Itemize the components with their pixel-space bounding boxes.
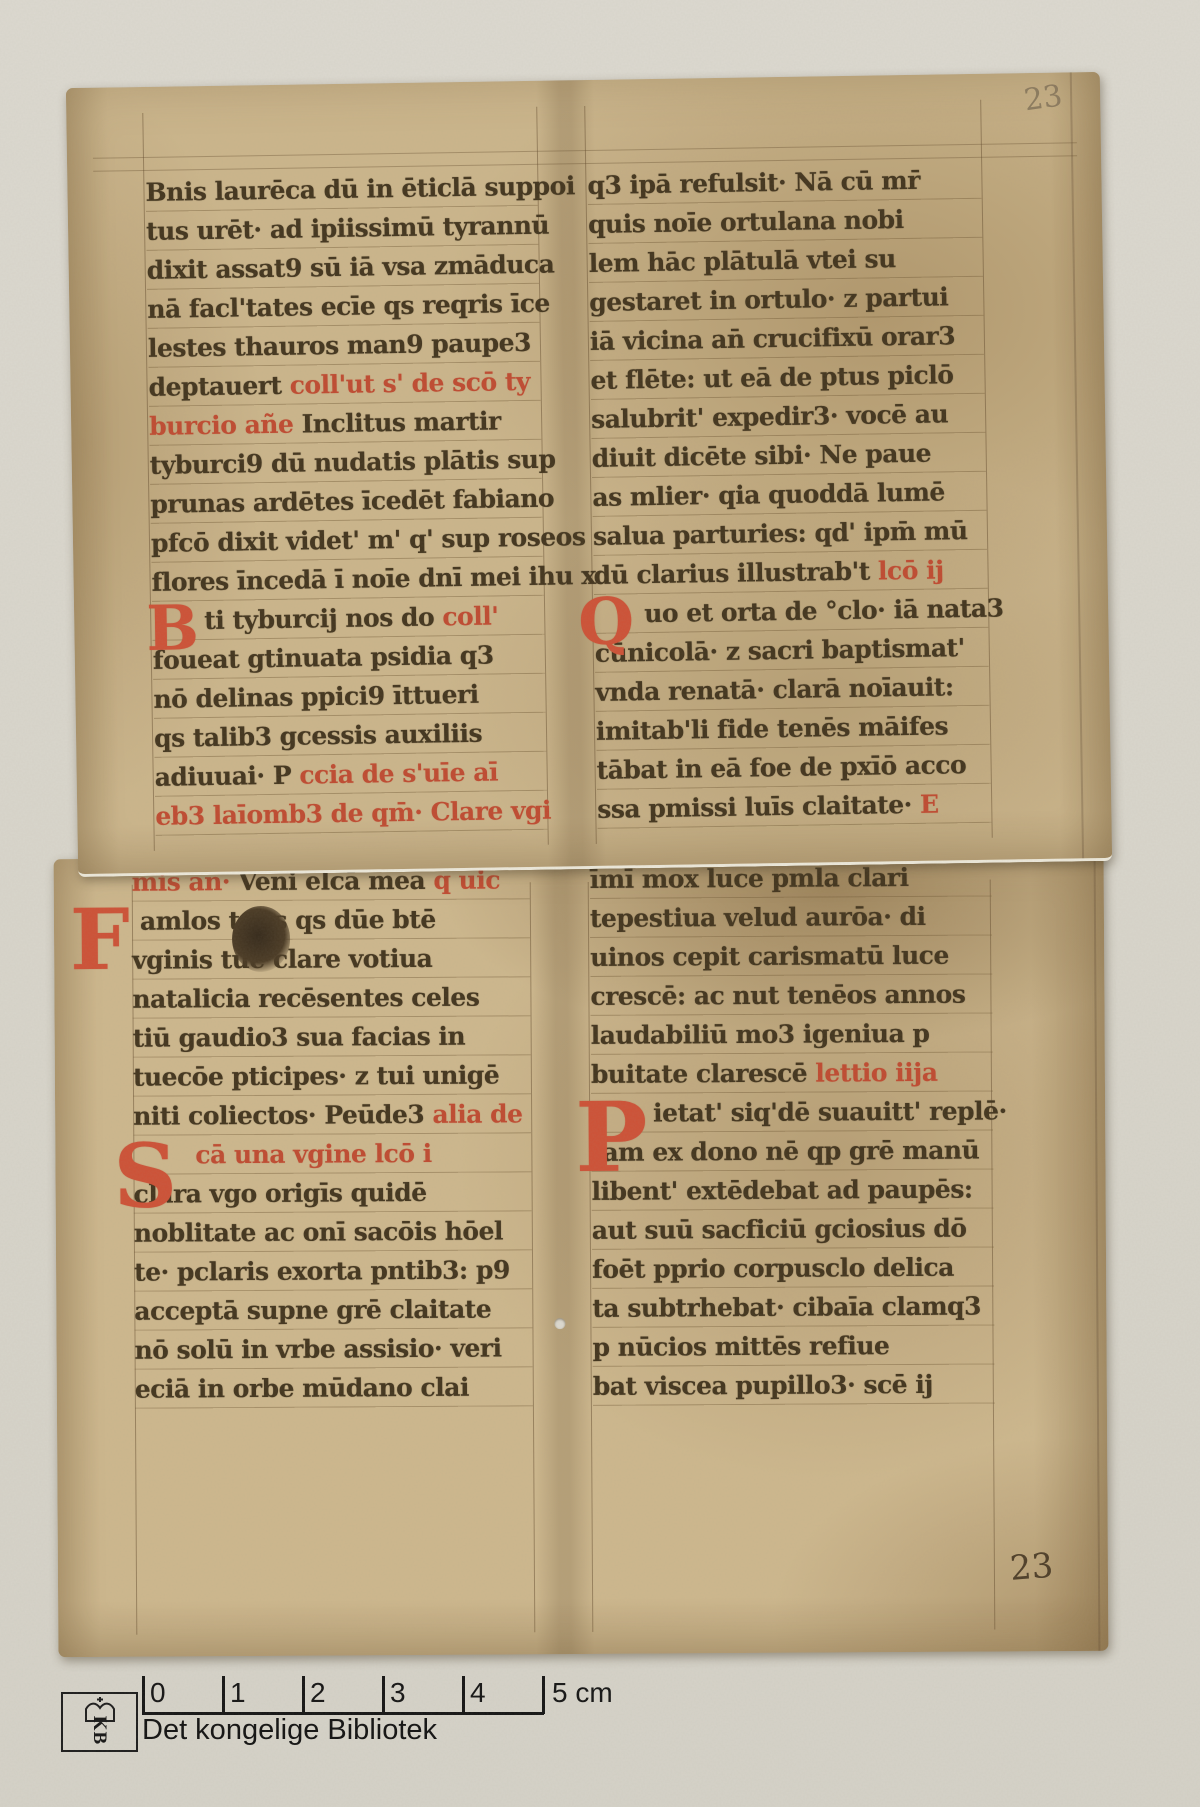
ink-text: te· pclaris exorta pntib3: p9 [134,1255,510,1286]
manuscript-line-text: dū clarius illustrab't lcō ij [593,550,944,594]
ink-text: q3 ipā refulsit· Nā cū mr̄ [587,166,920,200]
ink-text: flores īncedā ī noīe dnī mei ihu x [151,561,595,597]
ink-text: bat viscea pupillo3· scē ij [593,1370,933,1401]
manuscript-line: natalicia recēsentes celes [132,977,530,1018]
ruler-tick [142,1676,145,1714]
rubric-text: lettio iija [815,1058,937,1088]
ink-text: foueat gtinuata psidia q3 [153,641,494,675]
manuscript-line: clara vgo origīs quidē [134,1172,532,1213]
manuscript-line: nō delinas ppici9 īttueri [153,674,546,719]
ink-text: dixit assat9 sū iā vsa zmāduca [147,250,555,285]
manuscript-line: deptauert coll'ut s' de scō ty [148,362,541,407]
manuscript-line: Bti tyburcij nos do coll' [152,596,545,641]
ink-text: nō solū in vrbe assisio· veri [134,1333,501,1364]
manuscript-line: tuecōe pticipes· z tui unigē [133,1055,531,1096]
ink-text: aut suū sacficiū gciosius dō [592,1214,967,1245]
manuscript-line: Scā una vgine lcō i [133,1133,531,1174]
ink-text: as mlier· qia quoddā lumē [592,477,945,512]
ink-text: deptauert [148,371,290,402]
manuscript-line-text: vnda renatā· clarā noīauit: [595,667,954,712]
manuscript-line-text: tepestiua velud aurōa· di [590,897,926,938]
manuscript-line-text: deptauert coll'ut s' de scō ty [148,362,530,407]
ink-text: tuecōe pticipes· z tui unigē [133,1060,499,1091]
manuscript-line-text: eciā in orbe mūdano clai [135,1368,469,1409]
manuscript-line: burcio añe Inclitus martir [149,401,542,446]
ruler-tick [462,1676,465,1714]
manuscript-line-text: as mlier· qia quoddā lumē [592,472,945,517]
manuscript-line: ta subtrhebat· cibaīa clamq3 [592,1286,994,1327]
manuscript-line: gestaret in ortulo· z partui [589,277,984,322]
manuscript-line: foēt pprio corpusclo delica [592,1247,994,1288]
ruler-tick [222,1676,225,1714]
folio-number-top: 23 [1022,78,1065,118]
manuscript-line-text: ti tyburcij nos do coll' [152,596,499,640]
manuscript-line: dixit assat9 sū iā vsa zmāduca [146,245,539,290]
manuscript-leaf-upper: Bnis laurēca dū in ēticlā suppoitus urēt… [66,72,1112,877]
ink-text: tepestiua velud aurōa· di [590,902,926,933]
manuscript-line-text: tam ex dono nē qp grē manū [591,1131,979,1172]
rubric-initial: F [70,898,130,982]
manuscript-line: as mlier· qia quoddā lumē [592,472,987,517]
manuscript-line-text: et flēte: ut eā de ptus piclō [590,355,953,400]
manuscript-line-text: gestaret in ortulo· z partui [589,277,949,322]
manuscript-line-text: prunas ardētes īcedēt fabiano [150,479,554,524]
manuscript-line: Quo et orta de °clo· iā nata3 [594,589,989,634]
ink-text: adiuuai· P [154,761,299,792]
ruler-tick [542,1676,545,1714]
manuscript-line-text: uo et orta de °clo· iā nata3 [594,589,1004,634]
manuscript-line: acceptā supne grē claitate [134,1289,532,1330]
text-column-lower-right: īmī mox luce pmla claritepestiua velud a… [590,857,995,1405]
ink-text: salubrit' expedir3· vocē au [591,399,948,434]
ruler-tick-label: 2 [310,1677,326,1709]
manuscript-line: salua parturies: qd' ipm̄ mū [593,511,988,556]
ink-text: ssa pmissi luīs claitate· [597,790,920,824]
manuscript-line: nā facl'tates ecīe qs reqris īce [147,284,540,329]
manuscript-line: tābat in eā foe de pxīō acco [596,745,991,790]
manuscript-line-text: dixit assat9 sū iā vsa zmāduca [146,245,554,290]
manuscript-line-text: crescē: ac nut tenēos annos [590,975,965,1016]
ink-text: qs talib3 gcessis auxiliis [154,719,482,753]
manuscript-line-text: ssa pmissi luīs claitate· E [597,785,939,829]
ink-text: ta subtrhebat· cibaīa clamq3 [592,1292,981,1323]
manuscript-line: Famlos tuos qs dūe btē [132,899,530,940]
ink-text: cūnicolā· z sacri baptismat' [595,633,965,668]
manuscript-line: et flēte: ut eā de ptus piclō [590,355,985,400]
library-logo: KB [61,1692,138,1752]
manuscript-line-text: tus urēt· ad ipiissimū tyrannū [146,206,550,251]
ink-text: nō delinas ppici9 īttueri [153,680,479,714]
manuscript-line: tiū gaudio3 sua facias in [133,1016,531,1057]
manuscript-line: qs talib3 gcessis auxiliis [154,713,547,758]
ink-blot [232,906,290,972]
manuscript-line-text: acceptā supne grē claitate [134,1290,491,1331]
parchment-hole [554,1318,565,1329]
manuscript-line-text: cūnicolā· z sacri baptismat' [595,628,966,673]
manuscript-line-text: tyburci9 dū nudatis plātis sup [149,440,555,485]
manuscript-line: foueat gtinuata psidia q3 [153,635,546,680]
rubric-initial: S [113,1131,177,1219]
manuscript-line-text: natalicia recēsentes celes [132,978,479,1019]
manuscript-line-text: te· pclaris exorta pntib3: p9 [134,1250,510,1291]
manuscript-line: libent' extēdebat ad paupēs: [591,1169,993,1210]
manuscript-line-text: imitab'li fide tenēs māifes [596,706,949,751]
manuscript-line-text: tiū gaudio3 sua facias in [133,1017,466,1058]
ink-text: libent' extēdebat ad paupēs: [592,1175,973,1206]
manuscript-line-text: clara vgo origīs quidē [134,1173,427,1214]
manuscript-line: crescē: ac nut tenēos annos [590,974,992,1015]
rubric-text: E [920,790,939,819]
ink-text: niti coliectos· Peūde3 [133,1100,433,1131]
manuscript-line-text: tābat in eā foe de pxīō acco [596,745,966,790]
manuscript-leaf-lower: mis an· Veni elcā mea q uicFamlos tuos q… [54,853,1109,1657]
ink-text: uinos cepit carismatū luce [590,941,949,972]
manuscript-line-text: Bnis laurēca dū in ēticlā suppoi [145,166,575,212]
manuscript-line: flores īncedā ī noīe dnī mei ihu x [151,557,544,602]
ruler-tick-label: 1 [230,1677,246,1709]
rubric-text: ccia de s'uīe aī [299,757,498,789]
manuscript-line-text: lestes thauros man9 paupe3 [148,323,532,368]
manuscript-line-text: adiuuai· P ccia de s'uīe aī [154,752,498,796]
rubric-text: burcio añe [149,410,302,441]
fold-crease [1094,853,1101,1651]
ink-text: tus urēt· ad ipiissimū tyrannū [146,211,549,246]
ruler-tick-label: 0 [150,1677,166,1709]
manuscript-line-text: qs talib3 gcessis auxiliis [154,714,483,758]
ink-text: dū clarius illustrab't [593,556,878,589]
manuscript-line: vnda renatā· clarā noīauit: [595,667,990,712]
manuscript-line: te· pclaris exorta pntib3: p9 [134,1250,532,1291]
text-column-upper-left: Bnis laurēca dū in ēticlā suppoitus urēt… [145,167,547,836]
manuscript-line: eciā in orbe mūdano clai [135,1367,533,1408]
manuscript-line: iā vicina an̄ crucifixū orar3 [590,316,985,361]
manuscript-line: imitab'li fide tenēs māifes [596,706,991,751]
manuscript-line-text: ta subtrhebat· cibaīa clamq3 [592,1287,981,1328]
manuscript-line: tepestiua velud aurōa· di [590,896,992,937]
ink-text: noblitate ac onī sacōis hōel [134,1216,503,1247]
manuscript-line: bat viscea pupillo3· scē ij [593,1364,995,1405]
manuscript-line: Bnis laurēca dū in ēticlā suppoi [145,167,538,212]
manuscript-line: diuit dicēte sibi· Ne paue [591,433,986,478]
manuscript-line: aut suū sacficiū gciosius dō [592,1208,994,1249]
manuscript-line: lem hāc plātulā vtei su [588,238,983,283]
fold-crease [1070,72,1084,858]
manuscript-line: eb3 laīomb3 de qm̄· Clare vgi [155,791,548,836]
manuscript-line: quis noīe ortulana nobi [588,199,983,244]
manuscript-line-text: uinos cepit carismatū luce [590,936,949,977]
manuscript-line-text: nō delinas ppici9 īttueri [153,675,479,719]
rubric-text: alia de [432,1099,522,1129]
ink-text: Inclitus martir [301,406,501,438]
ink-text: clara vgo origīs quidē [134,1178,427,1209]
ink-text: tābat in eā foe de pxīō acco [596,750,966,785]
manuscript-line: Pietat' siq'dē suauitt' replē· [591,1091,993,1132]
manuscript-line-text: eb3 laīomb3 de qm̄· Clare vgi [155,791,551,836]
column-gutter-shadow [532,856,595,1654]
rubric-initial: B [146,597,199,660]
ink-text: diuit dicēte sibi· Ne paue [592,439,932,473]
manuscript-line-text: foēt pprio corpusclo delica [592,1248,954,1289]
ruler: 012345 cm [142,1676,622,1716]
manuscript-line: niti coliectos· Peūde3 alia de [133,1094,531,1135]
ink-text: natalicia recēsentes celes [132,983,479,1014]
manuscript-line-text: aut suū sacficiū gciosius dō [592,1209,967,1250]
manuscript-line: pfcō dixit videt' m' q' sup roseos [151,518,544,563]
manuscript-line-text: p nūcios mittēs refiue [592,1326,889,1367]
ruler-tick-label: 4 [470,1677,486,1709]
library-name: Det kongelige Bibliotek [142,1714,437,1747]
rubric-text: coll'ut s' de scō ty [289,367,530,400]
manuscript-line-text: niti coliectos· Peūde3 alia de [133,1094,523,1135]
ink-text: tam ex dono nē qp grē manū [591,1136,979,1167]
manuscript-line: tyburci9 dū nudatis plātis sup [149,440,542,485]
ink-text: eciā in orbe mūdano clai [135,1373,469,1404]
manuscript-line: q3 ipā refulsit· Nā cū mr̄ [587,160,982,205]
ink-text: Bnis laurēca dū in ēticlā suppoi [145,171,575,207]
rubric-text: coll' [442,601,498,631]
manuscript-line-text: noblitate ac onī sacōis hōel [134,1211,503,1252]
ruler-tick-label: 3 [390,1677,406,1709]
ink-text: prunas ardētes īcedēt fabiano [150,484,554,519]
logo-letters: KB [90,1716,109,1745]
ink-text: acceptā supne grē claitate [134,1295,491,1326]
rubric-initial: P [575,1090,647,1186]
manuscript-line: buitate clarescē lettio iija [591,1052,993,1093]
manuscript-line: cūnicolā· z sacri baptismat' [595,628,990,673]
ink-text: foēt pprio corpusclo delica [592,1253,954,1284]
manuscript-line: tus urēt· ad ipiissimū tyrannū [146,206,539,251]
manuscript-line-text: salubrit' expedir3· vocē au [591,394,949,439]
ink-text: et flēte: ut eā de ptus piclō [590,360,953,395]
manuscript-line-text: quis noīe ortulana nobi [588,200,904,244]
ink-text: ti tyburcij nos do [204,602,443,635]
manuscript-line-text: iā vicina an̄ crucifixū orar3 [590,316,956,361]
manuscript-line: ssa pmissi luīs claitate· E [597,784,992,829]
text-column-lower-left: mis an· Veni elcā mea q uicFamlos tuos q… [132,860,533,1408]
manuscript-line: nō solū in vrbe assisio· veri [134,1328,532,1369]
ink-text: quis noīe ortulana nobi [588,205,904,239]
ruler-end-label: 5 cm [552,1677,613,1709]
manuscript-line: noblitate ac onī sacōis hōel [134,1211,532,1252]
ink-text: lem hāc plātulā vtei su [588,244,896,278]
manuscript-line: laudabiliū mo3 igeniua p [591,1013,993,1054]
ink-text: uo et orta de °clo· iā nata3 [644,594,1004,629]
rubric-text: eb3 laīomb3 de qm̄· Clare vgi [155,796,551,831]
manuscript-line: tam ex dono nē qp grē manū [591,1130,993,1171]
ink-text: iā vicina an̄ crucifixū orar3 [590,321,956,356]
manuscript-line: salubrit' expedir3· vocē au [591,394,986,439]
ink-text: ietat' siq'dē suauitt' replē· [653,1096,1007,1127]
manuscript-line-text: tuecōe pticipes· z tui unigē [133,1055,500,1096]
manuscript-line-text: ietat' siq'dē suauitt' replē· [591,1091,1007,1133]
manuscript-line-text: burcio añe Inclitus martir [149,401,501,446]
manuscript-line: lestes thauros man9 paupe3 [148,323,541,368]
ink-text: crescē: ac nut tenēos annos [590,980,965,1011]
photograph-stage: Bnis laurēca dū in ēticlā suppoitus urēt… [0,0,1200,1807]
rubric-text: lcō ij [878,555,944,585]
manuscript-line-text: q3 ipā refulsit· Nā cū mr̄ [587,161,920,205]
manuscript-line: p nūcios mittēs refiue [592,1325,994,1366]
ruler-tick [382,1676,385,1714]
rubric-initial: Q [578,590,634,655]
ink-text: salua parturies: qd' ipm̄ mū [593,516,968,551]
manuscript-line-text: laudabiliū mo3 igeniua p [591,1014,930,1055]
manuscript-line-text: libent' extēdebat ad paupēs: [591,1170,972,1211]
ink-text: tiū gaudio3 sua facias in [133,1022,466,1053]
ink-text: laudabiliū mo3 igeniua p [591,1019,930,1050]
manuscript-line: dū clarius illustrab't lcō ij [593,550,988,595]
manuscript-line-text: diuit dicēte sibi· Ne paue [591,434,931,478]
ink-text: pfcō dixit videt' m' q' sup roseos [151,522,586,558]
manuscript-line-text: lem hāc plātulā vtei su [588,239,896,283]
ink-text: imitab'li fide tenēs māifes [596,711,948,746]
manuscript-line: uinos cepit carismatū luce [590,935,992,976]
ruler-tick [302,1676,305,1714]
manuscript-line-text: cā una vgine lcō i [133,1134,431,1175]
manuscript-line-text: foueat gtinuata psidia q3 [153,636,494,680]
ink-text: vnda renatā· clarā noīauit: [595,672,954,707]
manuscript-line: prunas ardētes īcedēt fabiano [150,479,543,524]
ink-text: lestes thauros man9 paupe3 [148,328,531,363]
manuscript-line: adiuuai· P ccia de s'uīe aī [154,752,547,797]
ink-text: tyburci9 dū nudatis plātis sup [150,445,556,480]
manuscript-line-text: pfcō dixit videt' m' q' sup roseos [151,517,586,563]
manuscript-line: vginis tue clare votiua [132,938,530,979]
folio-number-bottom: 23 [1008,1546,1054,1589]
text-column-upper-right: q3 ipā refulsit· Nā cū mr̄quis noīe ortu… [587,160,991,829]
manuscript-line-text: bat viscea pupillo3· scē ij [593,1365,933,1406]
manuscript-line-text: nā facl'tates ecīe qs reqris īce [147,284,550,329]
ink-text: gestaret in ortulo· z partui [589,282,948,317]
rubric-text: cā una vgine lcō i [195,1139,431,1169]
manuscript-line-text: salua parturies: qd' ipm̄ mū [593,511,968,556]
ink-text: nā facl'tates ecīe qs reqris īce [147,289,550,324]
ink-text: p nūcios mittēs refiue [592,1331,889,1362]
manuscript-line-text: nō solū in vrbe assisio· veri [134,1328,501,1369]
